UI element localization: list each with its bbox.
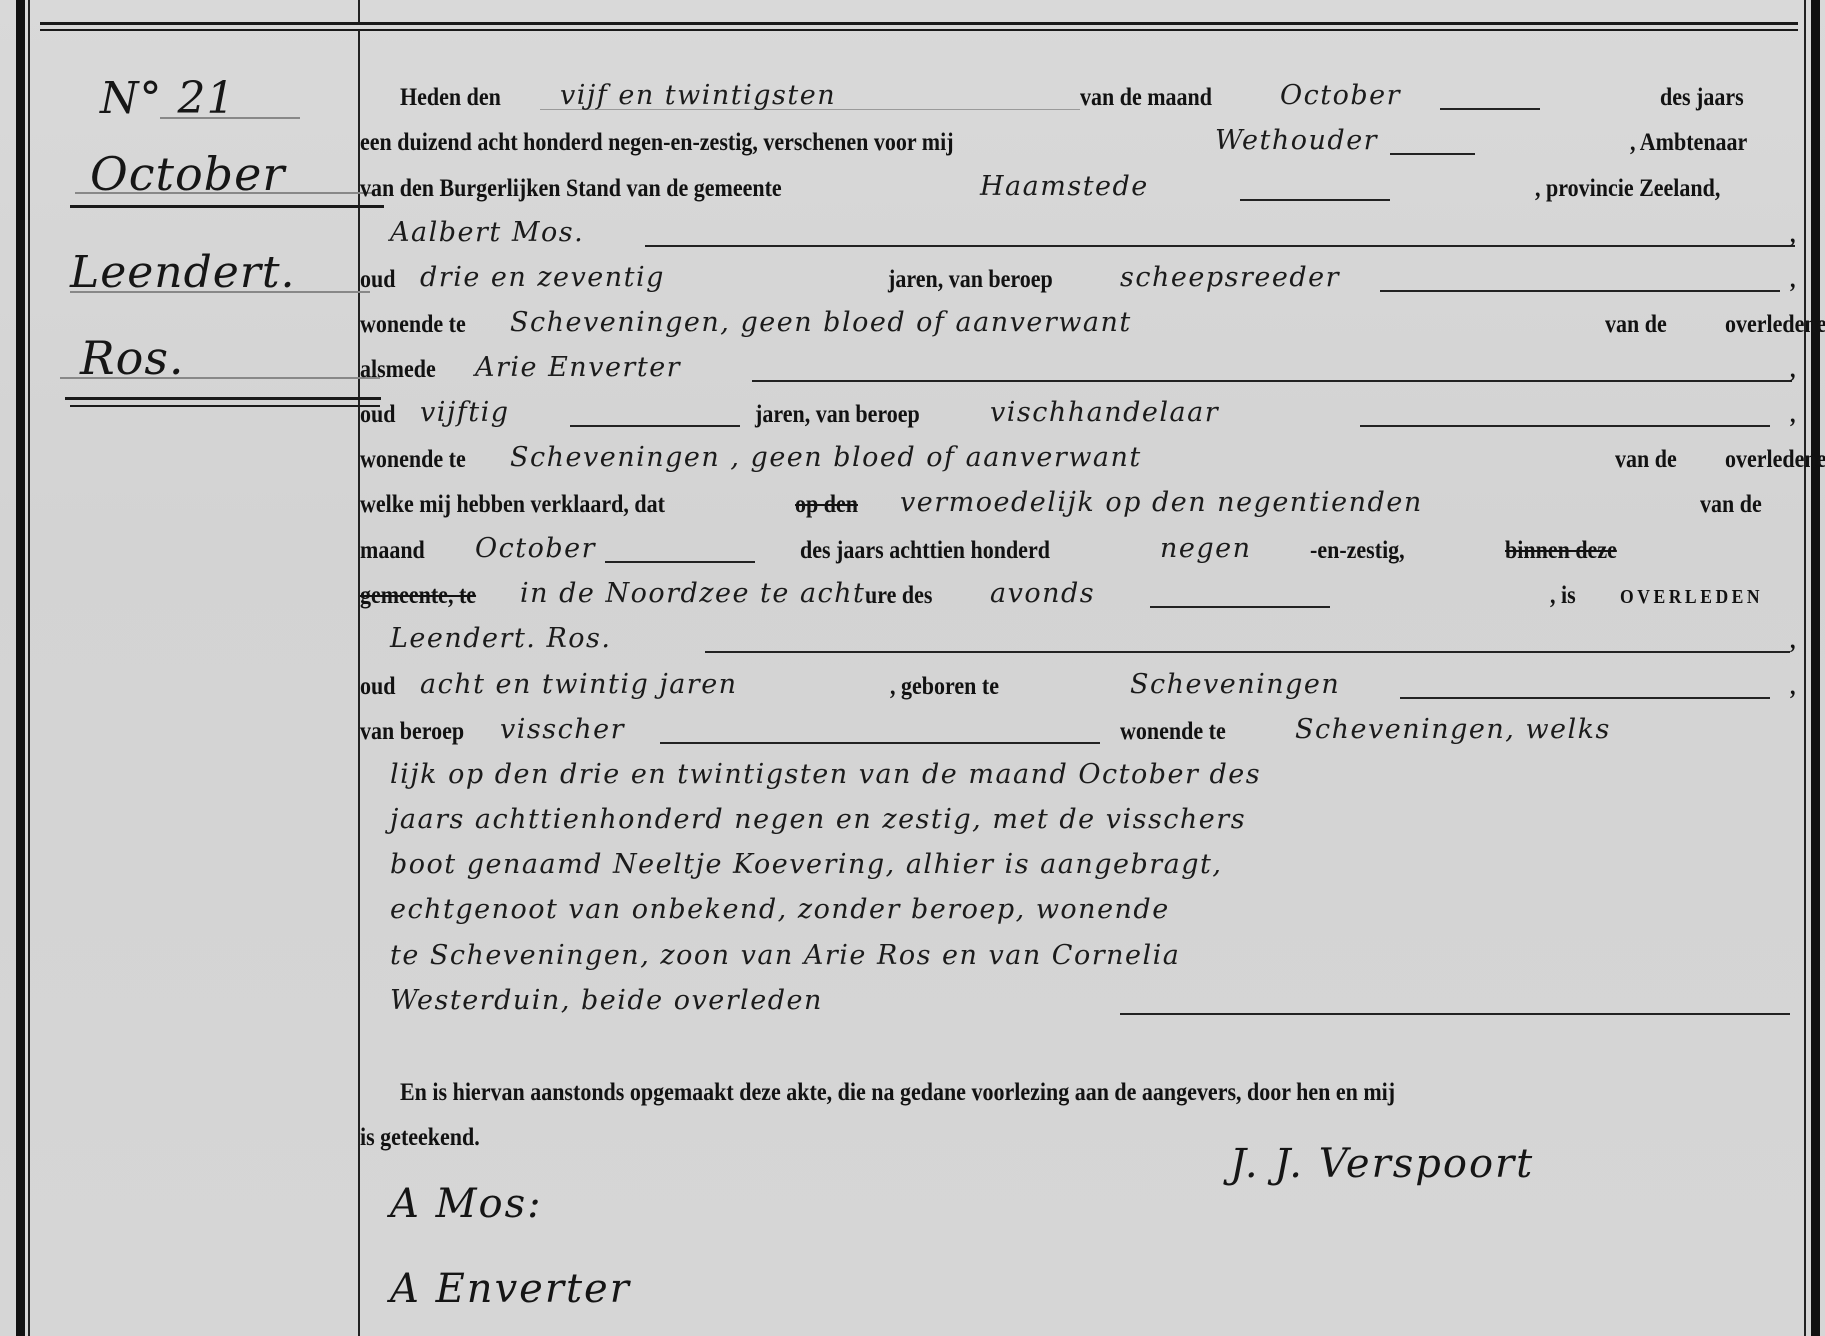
fill-line	[1120, 1013, 1790, 1015]
handwritten-time-of-day: avonds	[990, 578, 1095, 609]
fill-line	[645, 245, 1795, 247]
line-15: van beroep visscher wonende te Schevenin…	[360, 710, 1804, 754]
signature-official: J. J. Verspoort	[1230, 1141, 1534, 1187]
handwritten-note: te Scheveningen, zoon van Arie Ros en va…	[390, 940, 1180, 971]
line-3: van den Burgerlijken Stand van de gemeen…	[360, 167, 1804, 211]
margin-double-rule-1	[65, 397, 381, 400]
fill-line	[605, 561, 755, 563]
printed-text: een duizend acht honderd negen-en-zestig…	[360, 129, 954, 157]
handwritten-occupation: scheepsreeder	[1120, 262, 1340, 293]
handwritten-age: vijftig	[420, 397, 510, 428]
fill-line	[752, 380, 1792, 382]
handwritten-note: echtgenoot van onbekend, zonder beroep, …	[390, 894, 1170, 925]
printed-text: ,	[1790, 673, 1796, 701]
handwritten-declarant-2-name: Arie Enverter	[475, 352, 681, 383]
fill-line	[705, 651, 1790, 653]
printed-text: ,	[1790, 401, 1796, 429]
line-18: boot genaamd Neeltje Koevering, alhier i…	[360, 845, 1804, 889]
printed-text: wonende te	[360, 446, 466, 474]
handwritten-day: vijf en twintigsten	[560, 80, 836, 111]
handwritten-month: October	[475, 533, 596, 564]
struck-printed-text: binnen deze	[1505, 537, 1617, 565]
handwritten-municipality: Haamstede	[980, 171, 1149, 202]
handwritten-year: negen	[1160, 533, 1252, 564]
handwritten-occupation: visscher	[500, 714, 625, 745]
printed-text: ,	[1790, 266, 1796, 294]
line-14: oud acht en twintig jaren , geboren te S…	[360, 665, 1804, 709]
handwritten-age: acht en twintig jaren	[420, 669, 738, 700]
handwritten-residence: Scheveningen, welks	[1295, 714, 1611, 745]
printed-text: Heden den	[400, 84, 501, 112]
printed-text: jaren, van beroep	[888, 266, 1053, 294]
printed-text: des jaars	[1660, 84, 1744, 112]
fill-line	[1150, 606, 1330, 608]
closing-line-2: is geteekend.	[360, 1116, 1804, 1160]
printed-text: wonende te	[360, 311, 466, 339]
printed-text: van beroep	[360, 718, 464, 746]
handwritten-official-title: Wethouder	[1215, 125, 1378, 156]
printed-text: ure des	[865, 582, 932, 610]
handwritten-residence: Scheveningen, geen bloed of aanverwant	[510, 307, 1132, 338]
printed-text: van de	[1605, 311, 1667, 339]
line-5: oud drie en zeventig jaren, van beroep s…	[360, 258, 1804, 302]
fill-line	[660, 742, 1100, 744]
closing-line-1: En is hiervan aanstonds opgemaakt deze a…	[360, 1071, 1804, 1115]
margin-column: N° 21 October Leendert. Ros.	[30, 31, 358, 1336]
handwritten-note: lijk op den drie en twintigsten van de m…	[390, 759, 1261, 790]
printed-text: maand	[360, 537, 425, 565]
handwritten-note: boot genaamd Neeltje Koevering, alhier i…	[390, 849, 1222, 880]
handwritten-death-date: vermoedelijk op den negentienden	[900, 487, 1423, 518]
top-double-rule	[40, 22, 1798, 25]
printed-closing-text: En is hiervan aanstonds opgemaakt deze a…	[400, 1079, 1395, 1107]
fill-line	[1440, 108, 1540, 110]
printed-text: van den Burgerlijken Stand van de gemeen…	[360, 175, 782, 203]
printed-text: welke mij hebben verklaard, dat	[360, 491, 665, 519]
line-20: te Scheveningen, zoon van Arie Ros en va…	[360, 936, 1804, 980]
printed-text: , provincie Zeeland,	[1535, 175, 1720, 203]
margin-last-name-underline	[60, 377, 380, 379]
handwritten-occupation: vischhandelaar	[990, 397, 1219, 428]
handwritten-deceased-name: Leendert. Ros.	[390, 623, 611, 654]
line-21: Westerduin, beide overleden	[360, 981, 1804, 1025]
printed-text: ,	[1790, 356, 1796, 384]
handwritten-residence: Scheveningen , geen bloed of aanverwant	[510, 442, 1142, 473]
line-4: Aalbert Mos. ,	[360, 213, 1804, 257]
line-11: maand October des jaars achttien honderd…	[360, 529, 1804, 573]
left-border-thick	[16, 0, 25, 1336]
printed-text: wonende te	[1120, 718, 1226, 746]
line-13: Leendert. Ros. ,	[360, 619, 1804, 663]
right-border-thin	[1804, 0, 1806, 1336]
handwritten-age: drie en zeventig	[420, 262, 665, 293]
printed-text: van de maand	[1080, 84, 1212, 112]
margin-first-name-underline	[70, 291, 370, 293]
right-border-thick	[1811, 0, 1820, 1336]
printed-text: , Ambtenaar	[1630, 129, 1747, 157]
printed-closing-text: is geteekend.	[360, 1124, 480, 1152]
line-6: wonende te Scheveningen, geen bloed of a…	[360, 303, 1804, 347]
printed-text: -en-zestig,	[1310, 537, 1405, 565]
fill-line	[570, 425, 740, 427]
printed-text: overledene,	[1725, 446, 1825, 474]
printed-text: oud	[360, 266, 395, 294]
handwritten-place-of-death: in de Noordzee te acht	[520, 578, 865, 609]
record-number-underline	[160, 117, 300, 119]
fill-line	[1240, 199, 1390, 201]
line-17: jaars achttienhonderd negen en zestig, m…	[360, 800, 1804, 844]
printed-text: van de	[1700, 491, 1762, 519]
printed-text: overledene,	[1725, 311, 1825, 339]
signature-witness-1: A Mos:	[390, 1181, 543, 1227]
margin-double-rule-2	[70, 405, 380, 407]
fill-line	[1400, 697, 1770, 699]
line-8: oud vijftig jaren, van beroep vischhande…	[360, 393, 1804, 437]
line-1: Heden den vijf en twintigsten van de maa…	[360, 76, 1804, 120]
printed-text: oud	[360, 673, 395, 701]
struck-printed-text: op den	[795, 491, 858, 519]
column-divider-top	[358, 0, 360, 22]
handwritten-month: October	[1280, 80, 1401, 111]
printed-text: jaren, van beroep	[755, 401, 920, 429]
printed-text: des jaars achttien honderd	[800, 537, 1050, 565]
scanned-document-page: N° 21 October Leendert. Ros. Heden den v…	[0, 0, 1825, 1336]
line-9: wonende te Scheveningen , geen bloed of …	[360, 438, 1804, 482]
fill-line	[1360, 425, 1770, 427]
fill-line	[1380, 290, 1780, 292]
signature-witness-2: A Enverter	[390, 1266, 631, 1312]
printed-text: ,	[1790, 221, 1796, 249]
line-2: een duizend acht honderd negen-en-zestig…	[360, 121, 1804, 165]
handwritten-birthplace: Scheveningen	[1130, 669, 1340, 700]
struck-printed-text: gemeente, te	[360, 582, 476, 610]
line-19: echtgenoot van onbekend, zonder beroep, …	[360, 890, 1804, 934]
margin-divider	[70, 205, 384, 208]
fill-line	[1390, 153, 1475, 155]
handwritten-note: Westerduin, beide overleden	[390, 985, 823, 1016]
printed-text: , geboren te	[890, 673, 999, 701]
printed-text: oud	[360, 401, 395, 429]
handwritten-note: jaars achttienhonderd negen en zestig, m…	[390, 804, 1246, 835]
record-body: Heden den vijf en twintigsten van de maa…	[360, 31, 1804, 1336]
line-7: alsmede Arie Enverter ,	[360, 348, 1804, 392]
line-16: lijk op den drie en twintigsten van de m…	[360, 755, 1804, 799]
margin-month-underline	[75, 192, 375, 194]
line-12: gemeente, te in de Noordzee te acht ure …	[360, 574, 1804, 618]
printed-text-overleden: OVERLEDEN	[1620, 586, 1763, 609]
printed-text: alsmede	[360, 356, 436, 384]
handwritten-declarant-1-name: Aalbert Mos.	[390, 217, 584, 248]
printed-text: ,	[1790, 627, 1796, 655]
line-10: welke mij hebben verklaard, dat op den v…	[360, 483, 1804, 527]
printed-text: van de	[1615, 446, 1677, 474]
printed-text: , is	[1550, 582, 1576, 610]
